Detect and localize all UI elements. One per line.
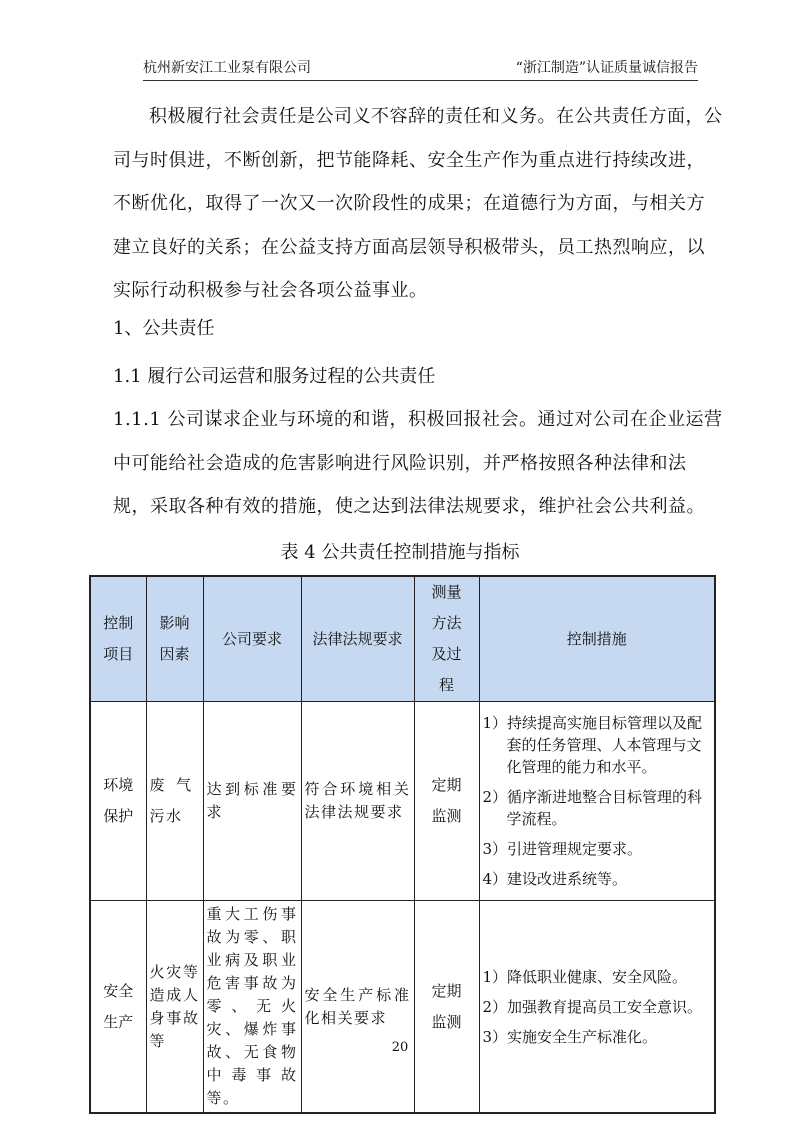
header-company: 杭州新安江工业泵有限公司 bbox=[143, 57, 311, 77]
cell-measures: 1）降低职业健康、安全风险。 2）加强教育提高员工安全意识。 3）实施安全生产标… bbox=[479, 901, 715, 1114]
table-row: 安全生产 火灾等造成人身事故等 重大工伤事故为零、职业病及职业危害事故为零、无火… bbox=[90, 901, 715, 1114]
table-header-row: 控制项目 影响因素 公司要求 法律法规要求 测量方法及过程 控制措施 bbox=[90, 576, 715, 702]
header-report-title: “浙江制造”认证质量诚信报告 bbox=[516, 57, 698, 77]
page-number: 20 bbox=[0, 1040, 800, 1055]
measure-item: 1）持续提高实施目标管理以及配套的任务管理、人本管理与文化管理的能力和水平。 bbox=[483, 712, 712, 778]
public-responsibility-table: 控制项目 影响因素 公司要求 法律法规要求 测量方法及过程 控制措施 环境保护 … bbox=[89, 575, 716, 1114]
cell-factor: 火灾等造成人身事故等 bbox=[146, 901, 203, 1114]
col-header-legal-req: 法律法规要求 bbox=[301, 576, 414, 702]
section-heading-1-1: 1.1 履行公司运营和服务过程的公共责任 bbox=[113, 362, 435, 388]
col-header-company-req: 公司要求 bbox=[203, 576, 301, 702]
col-header-item: 控制项目 bbox=[90, 576, 146, 702]
cell-method: 定期监测 bbox=[414, 901, 479, 1114]
cell-item: 环境保护 bbox=[90, 702, 146, 901]
measure-item: 2）循序渐进地整合目标管理的科学流程。 bbox=[483, 786, 712, 830]
col-header-factor: 影响因素 bbox=[146, 576, 203, 702]
measure-item: 2）加强教育提高员工安全意识。 bbox=[483, 996, 712, 1018]
measure-item: 1）降低职业健康、安全风险。 bbox=[483, 966, 712, 988]
cell-method: 定期监测 bbox=[414, 702, 479, 901]
cell-item: 安全生产 bbox=[90, 901, 146, 1114]
col-header-measures: 控制措施 bbox=[479, 576, 715, 702]
cell-legal-req: 安全生产标准化相关要求 bbox=[301, 901, 414, 1114]
table-row: 环境保护 废气污水 达到标准要求 符合环境相关法律法规要求 定期监测 1）持续提… bbox=[90, 702, 715, 901]
cell-factor: 废气污水 bbox=[146, 702, 203, 901]
col-header-method: 测量方法及过程 bbox=[414, 576, 479, 702]
section-heading-1: 1、公共责任 bbox=[113, 314, 214, 340]
measure-item: 3）引进管理规定要求。 bbox=[483, 838, 712, 860]
intro-paragraph: 积极履行社会责任是公司义不容辞的责任和义务。在公共责任方面，公司与时俱进，不断创… bbox=[113, 95, 723, 313]
measure-item: 4）建设改进系统等。 bbox=[483, 868, 712, 890]
cell-company-req: 重大工伤事故为零、职业病及职业危害事故为零、无火灾、爆炸事故、无食物中毒事故等。 bbox=[203, 901, 301, 1114]
cell-company-req: 达到标准要求 bbox=[203, 702, 301, 901]
section-1-1-1-paragraph: 1.1.1 公司谋求企业与环境的和谐，积极回报社会。通过对公司在企业运营中可能给… bbox=[113, 398, 723, 529]
table-caption: 表 4 公共责任控制措施与指标 bbox=[0, 538, 800, 564]
cell-measures: 1）持续提高实施目标管理以及配套的任务管理、人本管理与文化管理的能力和水平。 2… bbox=[479, 702, 715, 901]
cell-legal-req: 符合环境相关法律法规要求 bbox=[301, 702, 414, 901]
page-header: 杭州新安江工业泵有限公司 “浙江制造”认证质量诚信报告 bbox=[143, 58, 698, 81]
